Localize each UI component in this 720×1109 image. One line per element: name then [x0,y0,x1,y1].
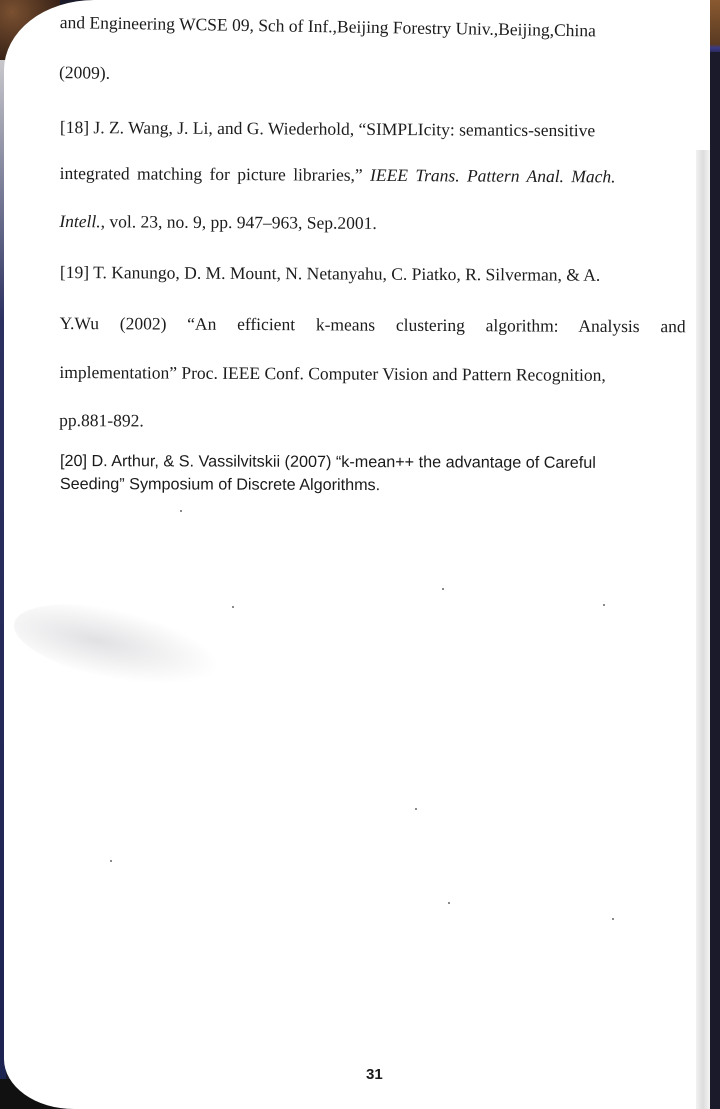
scan-speck [603,604,605,606]
reference-details: , vol. 23, no. 9, pp. 947–963, Sep.2001. [101,211,377,233]
reference-line: pp.881-892. [59,410,144,431]
scan-speck [442,588,444,590]
reference-line: Intell., vol. 23, no. 9, pp. 947–963, Se… [59,211,377,234]
scan-speck [232,606,234,608]
reference-title: integrated matching for picture librarie… [60,163,363,185]
reference-journal: Intell. [59,211,100,231]
reference-line: [18] J. Z. Wang, J. Li, and G. Wiederhol… [60,117,595,141]
scan-speck [180,510,182,512]
reference-line: Seeding” Symposium of Discrete Algorithm… [60,475,380,495]
page-smudge [7,589,227,701]
page-right-shadow [696,150,710,1109]
scan-speck [448,902,450,904]
scan-speck [110,860,112,862]
reference-line: (2009). [59,62,110,84]
reference-journal: IEEE Trans. Pattern Anal. Mach. [370,165,616,186]
reference-line: Y.Wu (2002) “An efficient k-means cluste… [60,313,686,337]
reference-line: [19] T. Kanungo, D. M. Mount, N. Netanya… [60,262,600,286]
reference-authors: J. Z. Wang, J. Li, and G. Wiederhold, [93,117,354,139]
scan-speck [612,918,614,920]
page-number: 31 [366,1066,383,1083]
reference-line: implementation” Proc. IEEE Conf. Compute… [59,362,605,386]
reference-label: [18] [60,117,89,137]
reference-title: “SIMPLIcity: semantics-sensitive [358,119,595,140]
reference-line: [20] D. Arthur, & S. Vassilvitskii (2007… [60,452,596,473]
reference-line: integrated matching for picture librarie… [60,163,616,187]
scan-speck [415,808,417,810]
